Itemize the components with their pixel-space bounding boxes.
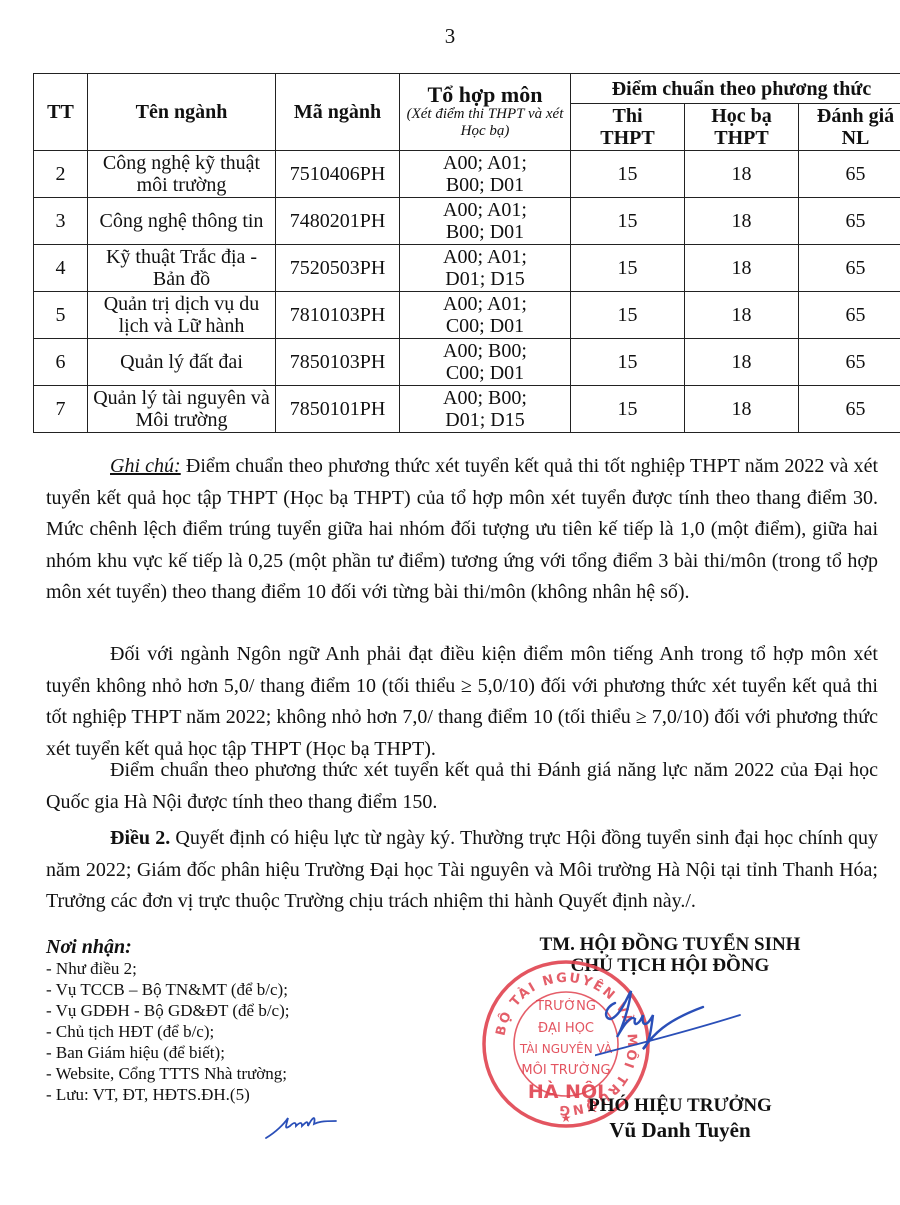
cell-thpt: 15	[571, 245, 685, 292]
recipient-item: - Vụ TCCB – Bộ TN&MT (để b/c);	[46, 979, 289, 1000]
cell-thpt: 15	[571, 198, 685, 245]
recipient-item: - Website, Cổng TTTS Nhà trường;	[46, 1063, 289, 1084]
table-row: 7Quản lý tài nguyên và Môi trường7850101…	[34, 386, 900, 433]
header-method-thpt: ThiTHPT	[571, 104, 685, 151]
recipients-list: Nơi nhận: - Như điều 2; - Vụ TCCB – Bộ T…	[46, 936, 289, 1105]
header-method-hocba: Học bạTHPT	[685, 104, 799, 151]
cell-tt: 6	[34, 339, 88, 386]
table-row: 4Kỹ thuật Trắc địa - Bản đồ7520503PHA00;…	[34, 245, 900, 292]
cell-code: 7520503PH	[276, 245, 400, 292]
cell-dgnl: 65	[799, 198, 900, 245]
cell-hocba: 18	[685, 151, 799, 198]
cell-tt: 2	[34, 151, 88, 198]
note-paragraph-2: Đối với ngành Ngôn ngữ Anh phải đạt điều…	[46, 639, 878, 765]
cell-thpt: 15	[571, 292, 685, 339]
recipient-item: - Vụ GDĐH - Bộ GD&ĐT (để b/c);	[46, 1000, 289, 1021]
cell-name: Quản lý tài nguyên và Môi trường	[88, 386, 276, 433]
cell-combo: A00; A01;D01; D15	[400, 245, 571, 292]
header-combo-note: (Xét điểm thi THPT và xét Học bạ)	[400, 106, 570, 140]
signer-position: PHÓ HIỆU TRƯỞNG	[540, 1094, 820, 1118]
cell-thpt: 15	[571, 339, 685, 386]
cell-code: 7850103PH	[276, 339, 400, 386]
header-name: Tên ngành	[88, 74, 276, 151]
initials-signature-icon	[262, 1112, 342, 1142]
cell-name: Kỹ thuật Trắc địa - Bản đồ	[88, 245, 276, 292]
cell-hocba: 18	[685, 245, 799, 292]
cell-combo: A00; A01;B00; D01	[400, 198, 571, 245]
signer-block: PHÓ HIỆU TRƯỞNG Vũ Danh Tuyên	[540, 1094, 820, 1142]
cell-tt: 3	[34, 198, 88, 245]
table-row: 5Quản trị dịch vụ du lịch và Lữ hành7810…	[34, 292, 900, 339]
cell-combo: A00; A01;B00; D01	[400, 151, 571, 198]
svg-text:TRƯỜNG: TRƯỜNG	[535, 998, 596, 1014]
recipient-item: - Ban Giám hiệu (để biết);	[46, 1042, 289, 1063]
cell-dgnl: 65	[799, 386, 900, 433]
article-2-label: Điều 2.	[110, 827, 170, 849]
cell-hocba: 18	[685, 386, 799, 433]
signer-name: Vũ Danh Tuyên	[540, 1118, 820, 1142]
cell-tt: 4	[34, 245, 88, 292]
cell-combo: A00; B00;D01; D15	[400, 386, 571, 433]
cell-code: 7850101PH	[276, 386, 400, 433]
svg-text:ĐẠI HỌC: ĐẠI HỌC	[538, 1021, 594, 1036]
recipient-item: - Lưu: VT, ĐT, HĐTS.ĐH.(5)	[46, 1084, 289, 1105]
cell-dgnl: 65	[799, 151, 900, 198]
article-2: Điều 2. Quyết định có hiệu lực từ ngày k…	[46, 823, 878, 918]
table-row: 6Quản lý đất đai7850103PHA00; B00;C00; D…	[34, 339, 900, 386]
cell-code: 7510406PH	[276, 151, 400, 198]
cell-code: 7810103PH	[276, 292, 400, 339]
table-row: 3Công nghệ thông tin7480201PHA00; A01;B0…	[34, 198, 900, 245]
header-method-group: Điểm chuẩn theo phương thức	[571, 74, 900, 104]
cell-combo: A00; B00;C00; D01	[400, 339, 571, 386]
recipients-title: Nơi nhận:	[46, 936, 289, 958]
table-row: 2Công nghệ kỹ thuật môi trường7510406PHA…	[34, 151, 900, 198]
cell-code: 7480201PH	[276, 198, 400, 245]
note-paragraph-1: Ghi chú: Điểm chuẩn theo phương thức xét…	[46, 451, 878, 609]
cell-hocba: 18	[685, 198, 799, 245]
cell-dgnl: 65	[799, 245, 900, 292]
cell-tt: 5	[34, 292, 88, 339]
cell-hocba: 18	[685, 339, 799, 386]
cell-thpt: 15	[571, 151, 685, 198]
header-code: Mã ngành	[276, 74, 400, 151]
cell-dgnl: 65	[799, 292, 900, 339]
cell-name: Công nghệ kỹ thuật môi trường	[88, 151, 276, 198]
cell-name: Công nghệ thông tin	[88, 198, 276, 245]
note-paragraph-3: Điểm chuẩn theo phương thức xét tuyển kế…	[46, 755, 878, 818]
header-combo-title: Tổ hợp môn	[400, 84, 570, 106]
admission-score-table: TT Tên ngành Mã ngành Tổ hợp môn (Xét đi…	[33, 73, 900, 433]
cell-dgnl: 65	[799, 339, 900, 386]
signature-icon	[595, 985, 745, 1085]
cell-combo: A00; A01;C00; D01	[400, 292, 571, 339]
recipient-item: - Chủ tịch HĐT (để b/c);	[46, 1021, 289, 1042]
cell-thpt: 15	[571, 386, 685, 433]
header-combo: Tổ hợp môn (Xét điểm thi THPT và xét Học…	[400, 74, 571, 151]
header-tt: TT	[34, 74, 88, 151]
cell-name: Quản lý đất đai	[88, 339, 276, 386]
cell-name: Quản trị dịch vụ du lịch và Lữ hành	[88, 292, 276, 339]
page-number: 3	[0, 24, 900, 49]
cell-hocba: 18	[685, 292, 799, 339]
note-label: Ghi chú:	[110, 455, 181, 477]
cell-tt: 7	[34, 386, 88, 433]
header-method-dgnl: Đánh giáNL	[799, 104, 900, 151]
recipient-item: - Như điều 2;	[46, 958, 289, 979]
